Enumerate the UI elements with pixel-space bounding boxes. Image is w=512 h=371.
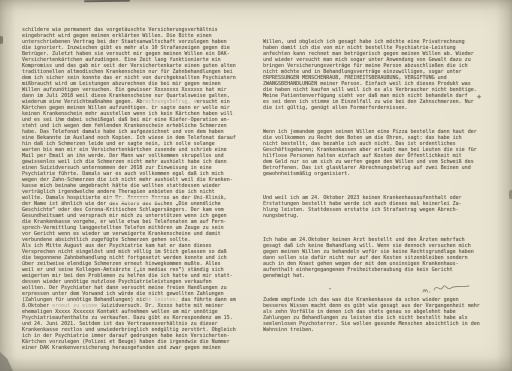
letter-paragraph: Ich habe am 24.Oktober keinen Arzt beste… bbox=[263, 237, 501, 279]
scan-artifact-corner bbox=[0, 352, 13, 371]
margin-plus-mark: + bbox=[477, 94, 481, 101]
letter-body-left-column: schildere wie permanent das vorgetäuscht… bbox=[22, 27, 256, 351]
letter-body-right-column: Willen, und obgleich ich gesagt habe ich… bbox=[263, 27, 501, 351]
letter-paragraph: Zudem empfinde ich das was die Krankenka… bbox=[263, 297, 501, 333]
closing-dash-mark: - bbox=[328, 286, 332, 293]
letter-paragraph: Willen, und obgleich ich gesagt habe ich… bbox=[263, 39, 501, 111]
letter-paragraph: Wenn ich jemandem gegen seinen Willen ei… bbox=[263, 129, 501, 177]
scan-artifact-top-edge bbox=[84, 0, 130, 2]
letter-paragraph: Und weil ich am 24. Oktober 2023 keinen … bbox=[263, 195, 501, 219]
scanned-letter-page: schildere wie permanent das vorgetäuscht… bbox=[0, 0, 512, 371]
scan-artifact-left-edge bbox=[0, 36, 3, 44]
handwritten-signature bbox=[420, 279, 472, 301]
